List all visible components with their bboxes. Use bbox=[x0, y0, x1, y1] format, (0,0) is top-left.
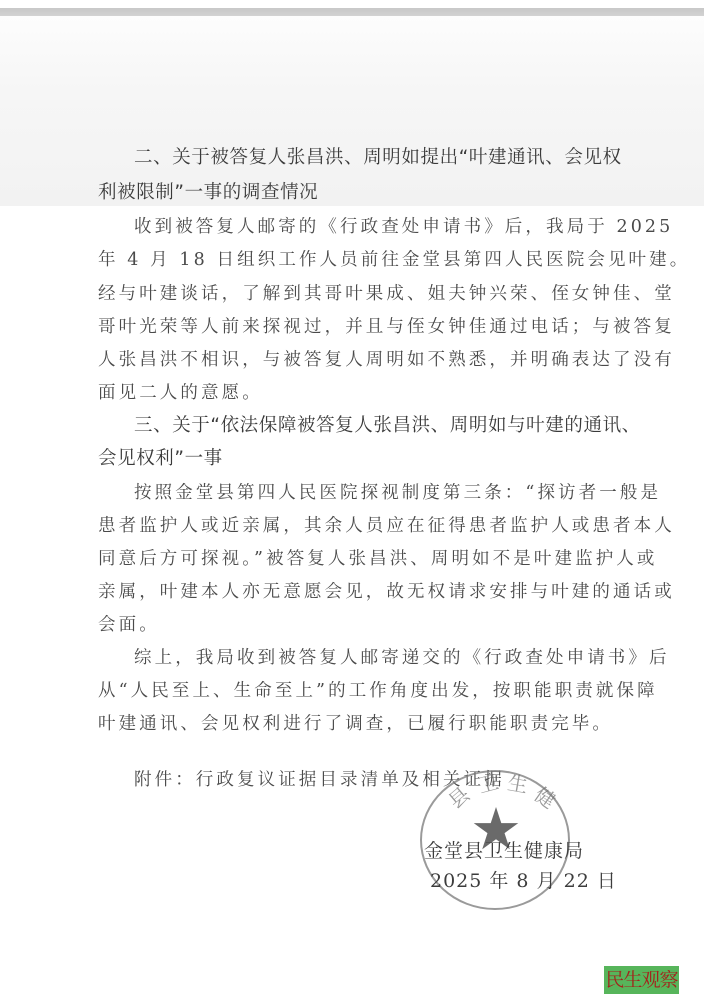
conclusion-body-line: 从“人民至上、生命至上”的工作角度出发，按职能职责就保障 bbox=[98, 679, 658, 703]
section3-heading-line2: 会见权利”一事 bbox=[98, 447, 223, 471]
section2-heading-line1: 二、关于被答复人张昌洪、周明如提出“叶建通讯、会见权 bbox=[134, 146, 622, 170]
scan-edge-bar bbox=[0, 8, 704, 16]
section3-body-line: 会面。 bbox=[98, 613, 160, 637]
section3-heading-line1: 三、关于“依法保障被答复人张昌洪、周明如与叶建的通讯、 bbox=[134, 414, 641, 438]
section2-body-line: 经与叶建谈话，了解到其哥叶果成、姐夫钟兴荣、侄女钟佳、堂 bbox=[98, 282, 675, 306]
section2-body-line: 收到被答复人邮寄的《行政查处申请书》后，我局于 2025 bbox=[134, 215, 673, 239]
section3-body-line: 按照金堂县第四人民医院探视制度第三条：“探访者一般是 bbox=[134, 481, 661, 505]
conclusion-body-line: 叶建通讯、会见权利进行了调查，已履行职能职责完毕。 bbox=[98, 712, 613, 736]
section2-body-line: 年 4 月 18 日组织工作人员前往金堂县第四人民医院会见叶建。 bbox=[98, 248, 690, 272]
section2-body-line: 人张昌洪不相识，与被答复人周明如不熟悉，并明确表达了没有 bbox=[98, 348, 675, 372]
page-shadow-region bbox=[0, 16, 704, 206]
section3-body-line: 患者监护人或近亲属，其余人员应在征得患者监护人或患者本人 bbox=[98, 514, 675, 538]
section3-body-line: 亲属，叶建本人亦无意愿会见，故无权请求安排与叶建的通话或 bbox=[98, 580, 675, 604]
top-margin bbox=[0, 0, 704, 8]
signing-organization: 金堂县卫生健康局 bbox=[424, 836, 584, 863]
section2-heading-line2: 利被限制”一事的调查情况 bbox=[98, 181, 318, 205]
conclusion-body-line: 综上，我局收到被答复人邮寄递交的《行政查处申请书》后 bbox=[134, 646, 670, 670]
signing-date: 2025 年 8 月 22 日 bbox=[430, 866, 617, 893]
section2-body-line: 面见二人的意愿。 bbox=[98, 381, 263, 405]
section3-body-line: 同意后方可探视。”被答复人张昌洪、周明如不是叶建监护人或 bbox=[98, 547, 658, 571]
section2-body-line: 哥叶光荣等人前来探视过，并且与侄女钟佳通过电话；与被答复 bbox=[98, 315, 675, 339]
watermark-badge: 民生观察 bbox=[604, 966, 679, 994]
